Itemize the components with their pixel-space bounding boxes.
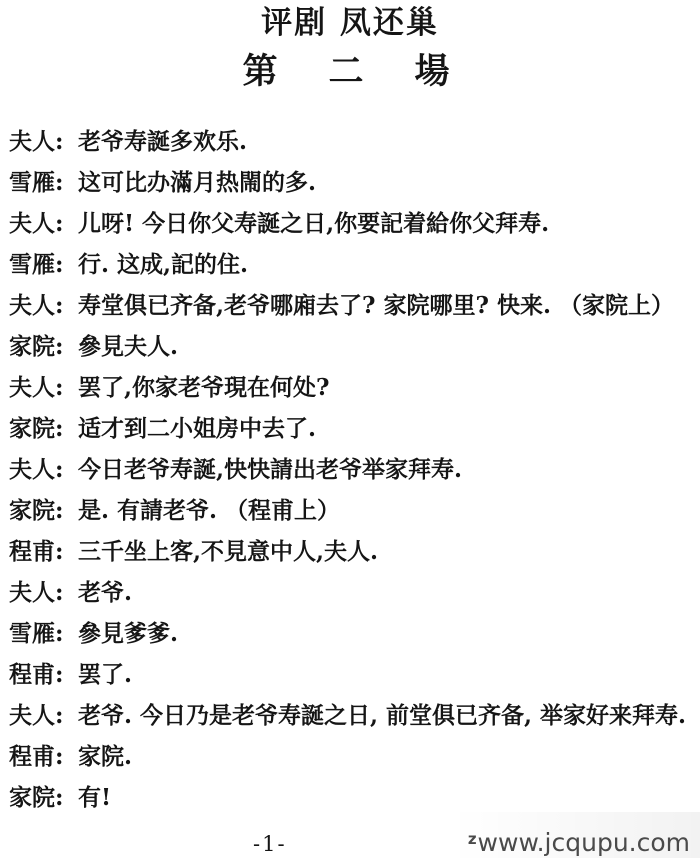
page-header: 评剧 凤还巢 第 二 場 (0, 4, 700, 93)
speaker-label: 程甫: (9, 531, 78, 572)
speaker-label: 雪雁: (9, 613, 78, 654)
page-number: -1- (253, 832, 287, 856)
dialogue-text: 老爷. (78, 572, 696, 613)
dialogue-row: 家院: 是. 有請老爷. （程甫上） (9, 490, 696, 531)
dialogue-text: 老爷寿誕多欢乐. (78, 121, 696, 162)
speaker-label: 家院: (9, 408, 78, 449)
speaker-label: 夫人: (9, 695, 78, 736)
dialogue-row: 夫人: 今日老爷寿誕,快快請出老爷举家拜寿. (9, 449, 696, 490)
dialogue-row: 雪雁: 參見爹爹. (9, 613, 696, 654)
dialogue-row: 夫人: 老爷. 今日乃是老爷寿誕之日, 前堂俱已齐备, 举家好来拜寿. (9, 695, 696, 736)
dialogue-row: 夫人: 儿呀! 今日你父寿誕之日,你要記着給你父拜寿. (9, 203, 696, 244)
dialogue-text: 罢了. (78, 654, 696, 695)
speaker-label: 家院: (9, 326, 78, 367)
dialogue-row: 夫人: 罢了,你家老爷現在何处? (9, 367, 696, 408)
speaker-label: 程甫: (9, 736, 78, 777)
dialogue-text: 罢了,你家老爷現在何处? (78, 367, 696, 408)
dialogue-text: 儿呀! 今日你父寿誕之日,你要記着給你父拜寿. (78, 203, 696, 244)
dialogue-row: 家院: 适才到二小姐房中去了. (9, 408, 696, 449)
speaker-label: 程甫: (9, 654, 78, 695)
speaker-label: 雪雁: (9, 162, 78, 203)
dialogue-text: 參見夫人. (78, 326, 696, 367)
speaker-label: 夫人: (9, 121, 78, 162)
speaker-label: 雪雁: (9, 244, 78, 285)
speaker-label: 夫人: (9, 367, 78, 408)
speaker-label: 夫人: (9, 572, 78, 613)
jcqupu-logo-icon: z (468, 830, 477, 848)
dialogue-text: 这可比办滿月热閙的多. (78, 162, 696, 203)
dialogue-row: 程甫: 家院. (9, 736, 696, 777)
dialogue-row: 雪雁: 这可比办滿月热閙的多. (9, 162, 696, 203)
dialogue-row: 雪雁: 行. 这成,記的住. (9, 244, 696, 285)
dialogue-row: 程甫: 罢了. (9, 654, 696, 695)
page-title: 评剧 凤还巢 (0, 4, 700, 42)
script-page: 评剧 凤还巢 第 二 場 夫人: 老爷寿誕多欢乐. 雪雁: 这可比办滿月热閙的多… (0, 0, 700, 858)
dialogue-text: 三千坐上客,不見意中人,夫人. (78, 531, 696, 572)
dialogue-row: 程甫: 三千坐上客,不見意中人,夫人. (9, 531, 696, 572)
dialogue-list: 夫人: 老爷寿誕多欢乐. 雪雁: 这可比办滿月热閙的多. 夫人: 儿呀! 今日你… (9, 121, 696, 818)
dialogue-text: 參見爹爹. (78, 613, 696, 654)
watermark-text: www.jcqupu.com (478, 828, 690, 857)
dialogue-text: 今日老爷寿誕,快快請出老爷举家拜寿. (78, 449, 696, 490)
dialogue-text: 是. 有請老爷. （程甫上） (78, 490, 696, 531)
speaker-label: 家院: (9, 777, 78, 818)
dialogue-text: 适才到二小姐房中去了. (78, 408, 696, 449)
watermark: z www.jcqupu.com (468, 828, 690, 857)
dialogue-text: 家院. (78, 736, 696, 777)
dialogue-text: 老爷. 今日乃是老爷寿誕之日, 前堂俱已齐备, 举家好来拜寿. (78, 695, 696, 736)
dialogue-text: 寿堂俱已齐备,老爷哪廂去了? 家院哪里? 快来. （家院上） (78, 285, 696, 326)
dialogue-row: 家院: 參見夫人. (9, 326, 696, 367)
dialogue-row: 夫人: 老爷寿誕多欢乐. (9, 121, 696, 162)
dialogue-row: 夫人: 老爷. (9, 572, 696, 613)
scene-heading: 第 二 場 (0, 51, 700, 93)
dialogue-row: 夫人: 寿堂俱已齐备,老爷哪廂去了? 家院哪里? 快来. （家院上） (9, 285, 696, 326)
speaker-label: 夫人: (9, 285, 78, 326)
speaker-label: 夫人: (9, 449, 78, 490)
speaker-label: 夫人: (9, 203, 78, 244)
speaker-label: 家院: (9, 490, 78, 531)
dialogue-text: 行. 这成,記的住. (78, 244, 696, 285)
